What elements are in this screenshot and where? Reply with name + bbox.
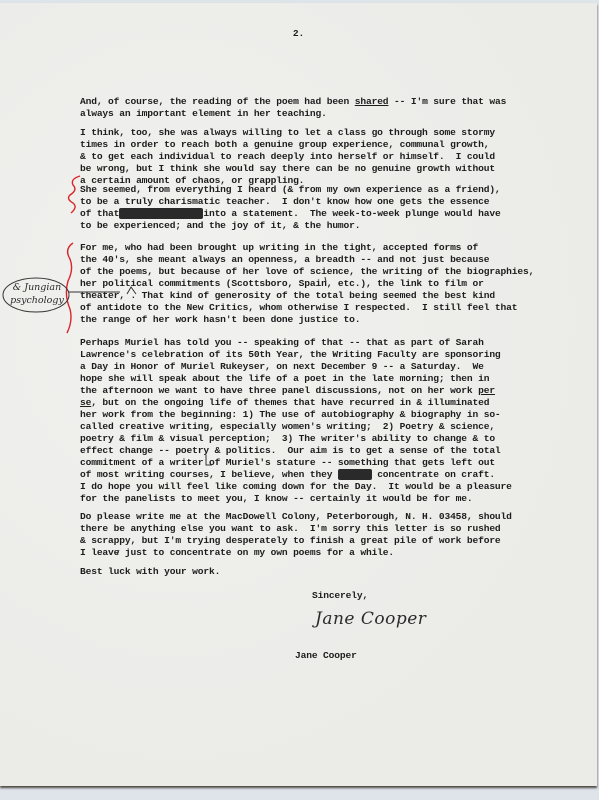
page-number: 2.	[0, 28, 597, 40]
text-line: the afternoon we want to have three pane…	[80, 385, 512, 397]
text-line: Lawrence's celebration of its 50th Year,…	[80, 349, 512, 361]
text-line: I leave just to concentrate on my own po…	[80, 547, 512, 559]
text-line: hope she will speak about the life of a …	[80, 373, 512, 385]
paragraph: Best luck with your work.	[80, 566, 220, 578]
text-run: Perhaps Muriel has told you -- speaking …	[80, 337, 484, 348]
text-run: to be a truly charismatic teacher. I don…	[80, 196, 489, 207]
text-line: Perhaps Muriel has told you -- speaking …	[80, 337, 512, 349]
handwritten-signature: Jane Cooper	[315, 609, 426, 629]
text-line: to be a truly charismatic teacher. I don…	[80, 196, 501, 208]
typed-name: Jane Cooper	[295, 650, 357, 662]
paragraph: For me, who had been brought up writing …	[80, 242, 534, 326]
text-run: I leave just to concentrate on my own po…	[80, 547, 394, 558]
underlined-text: se	[80, 397, 91, 408]
text-run: for the panelists to meet you, I know --…	[80, 493, 473, 504]
text-run: to be experienced; and the joy of it, & …	[80, 220, 360, 231]
text-run: her political commitments (Scottsboro, S…	[80, 278, 484, 289]
text-run: concentrate on craft.	[372, 469, 495, 480]
margin-note: & Jungian psychology	[5, 281, 69, 307]
text-line: there be anything else you want to ask. …	[80, 523, 512, 535]
paragraph: I think, too, she was always willing to …	[80, 127, 495, 187]
text-line: her work from the beginning: 1) The use …	[80, 409, 512, 421]
paragraph: Do please write me at the MacDowell Colo…	[80, 511, 512, 559]
text-line: always an important element in her teach…	[80, 108, 506, 120]
text-line: the range of her work hasn't been done j…	[80, 314, 534, 326]
text-run: her work from the beginning: 1) The use …	[80, 409, 501, 420]
letter-page: 2. And, of course, the reading of the po…	[0, 3, 597, 786]
text-line: to be experienced; and the joy of it, & …	[80, 220, 501, 232]
text-run: Best luck with your work.	[80, 566, 220, 577]
text-run: always an important element in her teach…	[80, 108, 327, 119]
text-run: I do hope you will feel like coming down…	[80, 481, 512, 492]
text-line: I think, too, she was always willing to …	[80, 127, 495, 139]
text-run: Lawrence's celebration of its 50th Year,…	[80, 349, 501, 360]
text-line: se, but on the ongoing life of themes th…	[80, 397, 512, 409]
text-line: She seemed, from everything I heard (& f…	[80, 184, 501, 196]
text-line: the 40's, she meant always an openness, …	[80, 254, 534, 266]
text-run: hope she will speak about the life of a …	[80, 373, 489, 384]
text-line: of antidote to the New Critics, whom oth…	[80, 302, 534, 314]
text-line: effect change -- poetry & politics. Our …	[80, 445, 512, 457]
closing: Sincerely,	[312, 590, 368, 602]
text-run: of antidote to the New Critics, whom oth…	[80, 302, 517, 313]
text-line: & scrappy, but I'm trying desperately to…	[80, 535, 512, 547]
text-line: I do hope you will feel like coming down…	[80, 481, 512, 493]
paragraph: Perhaps Muriel has told you -- speaking …	[80, 337, 512, 505]
underlined-text: shared	[355, 96, 389, 107]
text-line: poetry & film & visual perception; 3) Th…	[80, 433, 512, 445]
text-line: her political commitments (Scottsboro, S…	[80, 278, 534, 290]
paragraph: She seemed, from everything I heard (& f…	[80, 184, 501, 232]
text-run: , but on the ongoing life of themes that…	[91, 397, 489, 408]
text-run: be wrong, but I think she would say ther…	[80, 163, 495, 174]
text-line: Do please write me at the MacDowell Colo…	[80, 511, 512, 523]
underlined-text: per	[478, 385, 495, 396]
text-run: theater, . That kind of generosity of th…	[80, 290, 495, 301]
red-bracket-icon	[69, 176, 80, 213]
text-run: of most writing courses, I believe, when…	[80, 469, 338, 480]
text-run: And, of course, the reading of the poem …	[80, 96, 355, 107]
text-line: of thatxxxxxxxxxxxxxxxinto a statement. …	[80, 208, 501, 220]
text-run: & scrappy, but I'm trying desperately to…	[80, 535, 501, 546]
text-run: times in order to reach both a genuine g…	[80, 139, 489, 150]
text-run: & to get each individual to reach deeply…	[80, 151, 495, 162]
text-line: And, of course, the reading of the poem …	[80, 96, 506, 108]
text-line: for the panelists to meet you, I know --…	[80, 493, 512, 505]
struck-out-text: xxxxxxxxxxxxxxx	[119, 208, 203, 219]
text-run: called creative writing, especially wome…	[80, 421, 495, 432]
text-run: the afternoon we want to have three pane…	[80, 385, 478, 396]
text-run: there be anything else you want to ask. …	[80, 523, 501, 534]
text-run: the range of her work hasn't been done j…	[80, 314, 360, 325]
text-run: For me, who had been brought up writing …	[80, 242, 478, 253]
text-run: commitment of a writer of Muriel's statu…	[80, 457, 495, 468]
text-line: of most writing courses, I believe, when…	[80, 469, 512, 481]
text-line: & to get each individual to reach deeply…	[80, 151, 495, 163]
text-line: called creative writing, especially wome…	[80, 421, 512, 433]
text-run: Do please write me at the MacDowell Colo…	[80, 511, 512, 522]
text-run: of that	[80, 208, 119, 219]
text-line: be wrong, but I think she would say ther…	[80, 163, 495, 175]
text-run: the 40's, she meant always an openness, …	[80, 254, 489, 265]
text-line: For me, who had been brought up writing …	[80, 242, 534, 254]
text-line: theater, . That kind of generosity of th…	[80, 290, 534, 302]
text-run: a Day in Honor of Muriel Rukeyser, on ne…	[80, 361, 484, 372]
text-line: of the poems, but because of her love of…	[80, 266, 534, 278]
text-run: into a statement. The week-to-week plung…	[203, 208, 500, 219]
text-line: a Day in Honor of Muriel Rukeyser, on ne…	[80, 361, 512, 373]
text-run: -- I'm sure that was	[388, 96, 506, 107]
struck-out-text: xxxxxx	[338, 469, 372, 480]
text-run: I think, too, she was always willing to …	[80, 127, 495, 138]
text-line: commitment of a writer of Muriel's statu…	[80, 457, 512, 469]
text-line: times in order to reach both a genuine g…	[80, 139, 495, 151]
text-line: Best luck with your work.	[80, 566, 220, 578]
paragraph: And, of course, the reading of the poem …	[80, 96, 506, 120]
text-run: She seemed, from everything I heard (& f…	[80, 184, 501, 195]
text-run: poetry & film & visual perception; 3) Th…	[80, 433, 495, 444]
text-run: of the poems, but because of her love of…	[80, 266, 534, 277]
text-run: effect change -- poetry & politics. Our …	[80, 445, 501, 456]
